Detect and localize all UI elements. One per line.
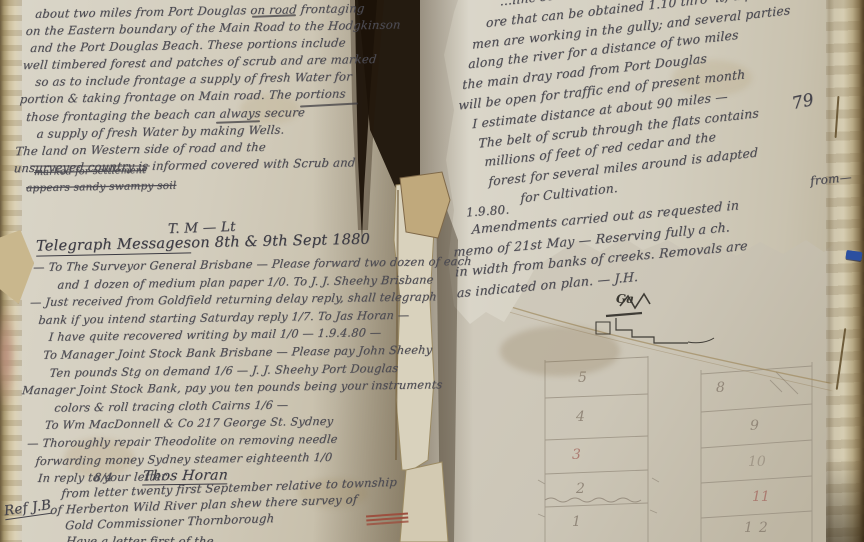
lot-number: 2: [576, 481, 585, 497]
lot-number: 10: [748, 454, 766, 470]
paper-stain: [500, 326, 620, 376]
lot-number: 3: [572, 447, 581, 463]
lot-number: 4: [576, 409, 585, 425]
cutoff-line: Have a letter first of the …: [65, 534, 230, 542]
lot-number: 9: [750, 418, 759, 434]
right-edge-shadow: [826, 458, 864, 542]
lot-number: 12: [744, 520, 774, 536]
heading-underlined: Telegraph Messages: [36, 234, 192, 256]
sketch-label: Ga: [616, 292, 634, 306]
manuscript-photo: Ga 5 4 3 2 1 8 9 10 11 12: [0, 0, 864, 542]
creek-wavy-line: [545, 498, 641, 502]
lot-number: 11: [752, 489, 770, 505]
lot-number: 1: [572, 514, 581, 530]
lot-number: 8: [716, 380, 725, 396]
left-page-body: about two miles from Port Douglas on roa…: [13, 0, 373, 177]
section-heading: Telegraph Messages on 8th & 9th Sept 188…: [36, 234, 192, 254]
telegraph-messages-block: — To The Surveyor General Brisbane — Ple…: [13, 253, 438, 488]
strikethrough-mark: [30, 165, 150, 167]
